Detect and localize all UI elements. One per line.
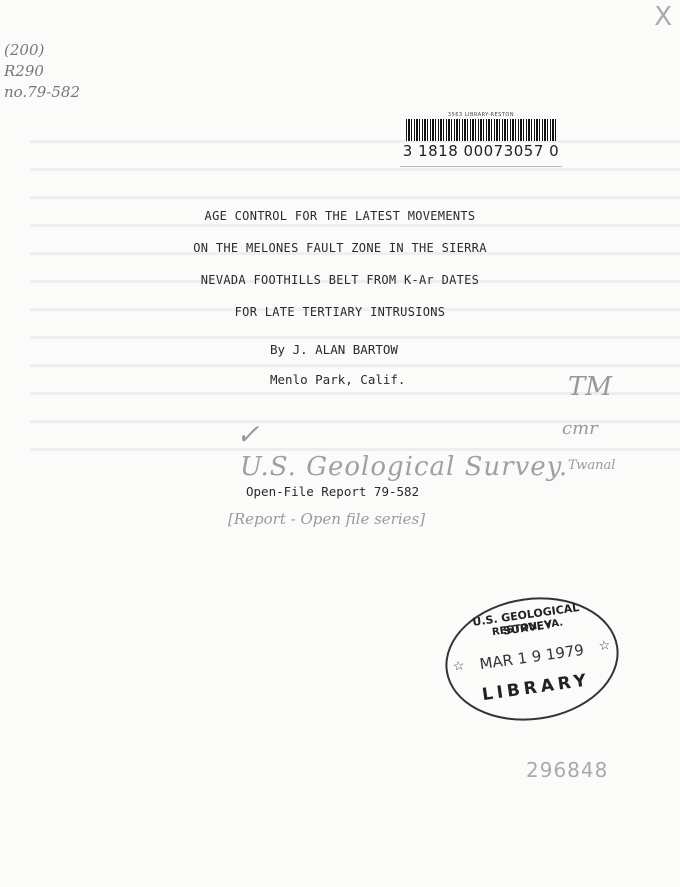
handwritten-call-number: (200) R290 no.79-582 — [4, 40, 80, 103]
title-line: FOR LATE TERTIARY INTRUSIONS — [150, 296, 530, 328]
call-number-line: (200) — [4, 40, 80, 61]
accession-number: 296848 — [526, 758, 608, 782]
affiliation-line: Menlo Park, Calif. — [270, 372, 405, 387]
checkmark-icon: ✓ — [236, 418, 259, 451]
star-icon: ☆ — [597, 633, 611, 655]
barcode-library-text: 3563 LIBRARY-RESTON — [400, 112, 562, 118]
call-number-line: R290 — [4, 61, 80, 82]
handwritten-agency: U.S. Geological Survey. — [240, 452, 568, 482]
handwritten-note-cmr: cmr — [562, 418, 598, 439]
stamp-library: LIBRARY — [460, 667, 611, 708]
barcode-icon — [406, 119, 556, 141]
author-line: By J. ALAN BARTOW — [270, 342, 398, 357]
barcode-label: 3563 LIBRARY-RESTON 3 1818 00073057 0 — [400, 112, 562, 167]
call-number-line: no.79-582 — [4, 82, 80, 103]
report-title: AGE CONTROL FOR THE LATEST MOVEMENTS ON … — [150, 200, 530, 328]
handwritten-note-twanal: Twanal — [568, 458, 615, 473]
report-number: Open-File Report 79-582 — [246, 484, 419, 499]
library-stamp: U.S. GEOLOGICAL SURVEY RESTON, VA. ☆ MAR… — [437, 586, 626, 731]
title-line: AGE CONTROL FOR THE LATEST MOVEMENTS — [150, 200, 530, 232]
handwritten-series: [Report - Open file series] — [228, 510, 425, 528]
title-line: ON THE MELONES FAULT ZONE IN THE SIERRA — [150, 232, 530, 264]
barcode-number: 3 1818 00073057 0 — [400, 142, 562, 160]
handwritten-note-tm: TM — [568, 372, 612, 402]
corner-mark: X — [654, 2, 672, 32]
title-line: NEVADA FOOTHILLS BELT FROM K-Ar DATES — [150, 264, 530, 296]
